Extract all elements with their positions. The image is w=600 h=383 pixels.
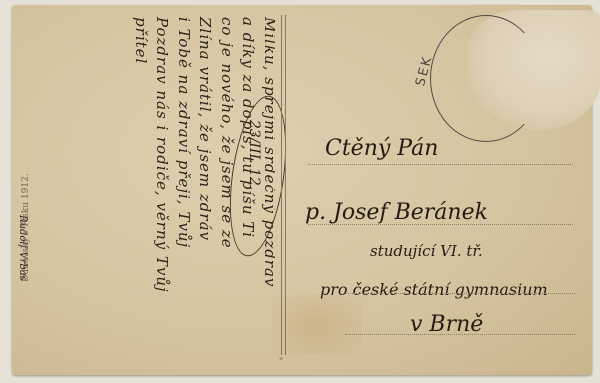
message-line: i Tobě na zdraví přeji, Tvůj — [173, 17, 195, 365]
message-line: Zlína vrátil, že jsem zdráv — [194, 17, 216, 365]
postmark — [430, 15, 542, 142]
center-divider — [281, 15, 286, 355]
address-line — [308, 164, 573, 165]
address-line-3: pro české státní gymnasium — [320, 280, 548, 299]
address-salutation: Ctěný Pán — [325, 136, 438, 161]
address-line — [308, 224, 573, 225]
message-line: přítel — [130, 17, 152, 365]
printer-imprint: Dunovský v Písku 1912. — [21, 173, 31, 282]
address-line — [345, 334, 575, 335]
message-date: 23/III. 12. — [246, 120, 262, 190]
address-name: p. Josef Beránek — [305, 200, 488, 225]
address-line — [345, 293, 575, 294]
divider-mark: ≡ — [279, 356, 283, 362]
message-line: Pozdrav nás i rodiče, věrný Tvůj — [151, 17, 173, 365]
address-line-2: studující VI. tř. — [370, 242, 483, 260]
